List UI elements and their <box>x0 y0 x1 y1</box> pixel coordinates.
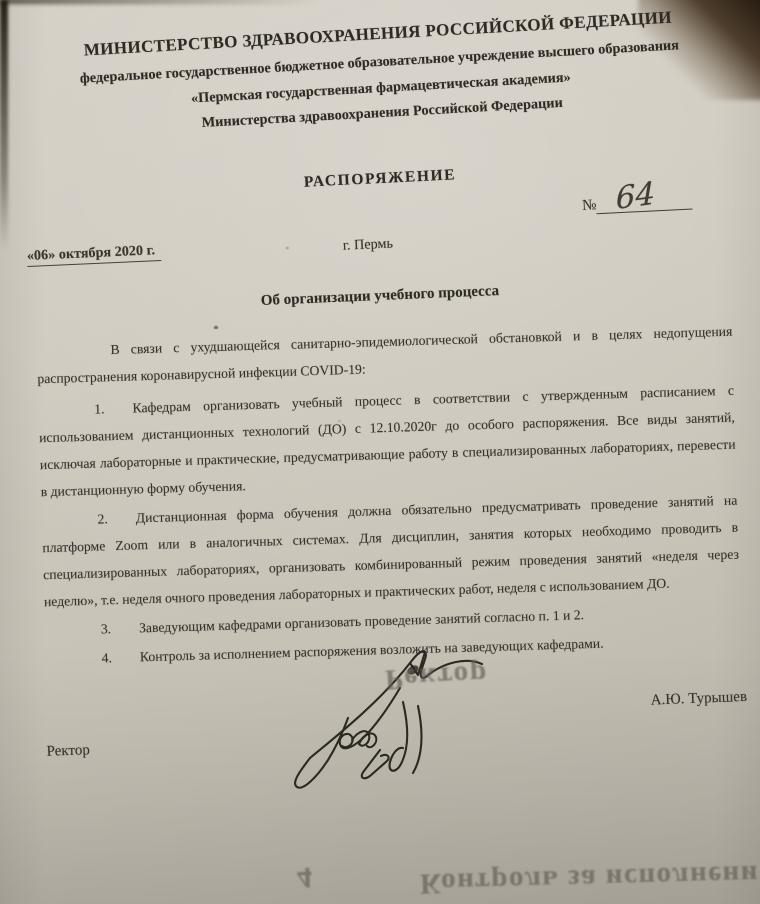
bleedthrough-bottom-text: Контроль за исполнени <box>420 857 760 899</box>
bleedthrough-item-number: 4 <box>297 860 313 894</box>
paper-speck <box>338 420 341 422</box>
number-underline: 64 <box>596 191 693 215</box>
document-body: В связи с ухудшающейся санитарно-эпидеми… <box>36 318 742 675</box>
number-label: № <box>582 197 597 214</box>
handwritten-signature-icon <box>282 630 502 810</box>
paper-speck <box>214 326 218 329</box>
date-city-row: «06» октября 2020 г. г. Пермь <box>0 211 759 245</box>
document-number-line: №64 <box>582 188 743 215</box>
letterhead: МИНИСТЕРСТВО ЗДРАВООХРАНЕНИЯ РОССИЙСКОЙ … <box>0 3 760 143</box>
paper-speck <box>286 247 289 249</box>
handwritten-number: 64 <box>616 175 656 217</box>
signer-name: А.Ю. Турышев <box>650 689 747 710</box>
order-item-1: 1.Кафедрам организовать учебный процесс … <box>38 377 737 506</box>
document-subject: Об организации учебного процесса <box>0 272 760 321</box>
paper-edge-top <box>0 0 320 4</box>
order-item-2: 2.Дистанционная форма обучения должна об… <box>41 487 740 616</box>
scanned-document-page: МИНИСТЕРСТВО ЗДРАВООХРАНЕНИЯ РОССИЙСКОЙ … <box>0 0 760 904</box>
item-number: 2. <box>97 511 108 526</box>
document-city: г. Пермь <box>342 235 393 254</box>
document-date: «06» октября 2020 г. <box>27 242 162 267</box>
signer-position: Ректор <box>46 742 90 761</box>
item-number: 1. <box>94 401 105 416</box>
item-number: 3. <box>101 621 112 636</box>
item-text: Дистанционная форма обучения должна обяз… <box>42 493 739 610</box>
item-number: 4. <box>101 650 112 665</box>
item-text: Кафедрам организовать учебный процесс в … <box>39 383 736 500</box>
